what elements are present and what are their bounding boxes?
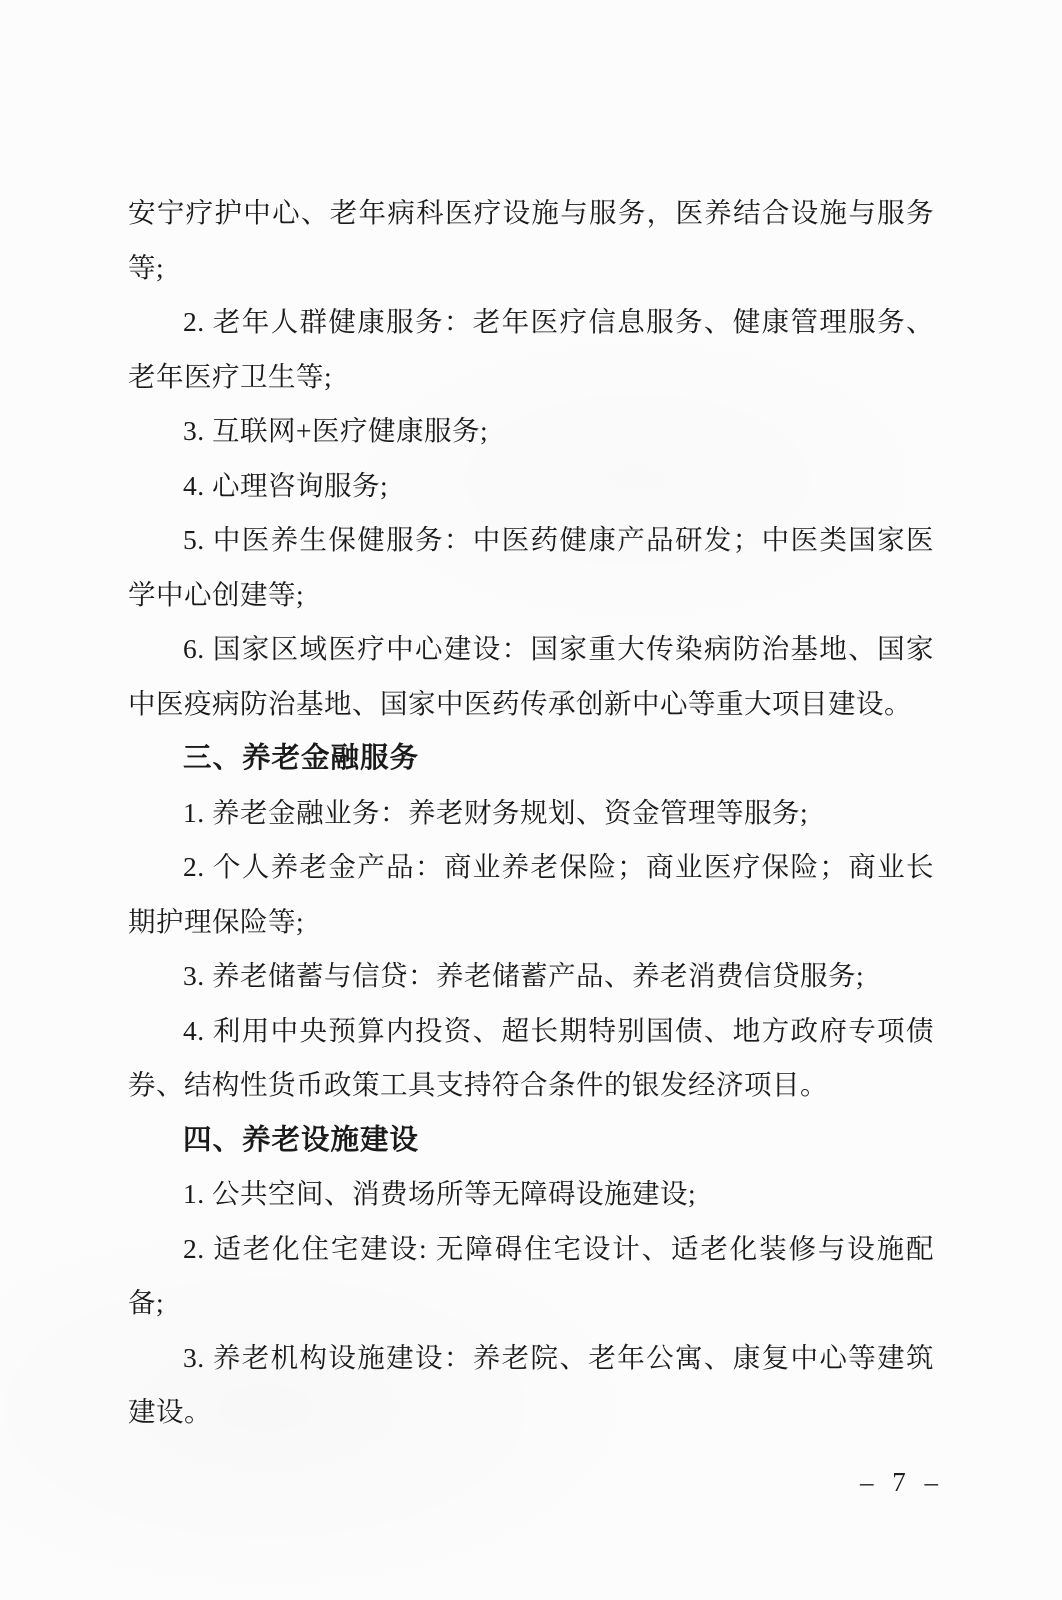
section-heading-facilities: 四、养老设施建设	[128, 1113, 934, 1168]
list-item: 1. 养老金融业务：养老财务规划、资金管理等服务;	[128, 786, 934, 841]
list-item: 2. 个人养老金产品：商业养老保险；商业医疗保险；商业长期护理保险等;	[128, 840, 934, 949]
document-content: 安宁疗护中心、老年病科医疗设施与服务，医养结合设施与服务等; 2. 老年人群健康…	[128, 186, 934, 1440]
list-item: 6. 国家区域医疗中心建设：国家重大传染病防治基地、国家中医疫病防治基地、国家中…	[128, 622, 934, 731]
page-footer: – 7 –	[860, 1467, 944, 1498]
list-item: 3. 养老储蓄与信贷：养老储蓄产品、养老消费信贷服务;	[128, 949, 934, 1004]
list-item: 5. 中医养生保健服务：中医药健康产品研发；中医类国家医学中心创建等;	[128, 513, 934, 622]
document-page: 安宁疗护中心、老年病科医疗设施与服务，医养结合设施与服务等; 2. 老年人群健康…	[0, 0, 1062, 1600]
list-item: 4. 心理咨询服务;	[128, 459, 934, 514]
list-item: 1. 公共空间、消费场所等无障碍设施建设;	[128, 1167, 934, 1222]
list-item: 4. 利用中央预算内投资、超长期特别国债、地方政府专项债券、结构性货币政策工具支…	[128, 1004, 934, 1113]
page-number: – 7 –	[860, 1467, 944, 1497]
list-item: 2. 老年人群健康服务：老年医疗信息服务、健康管理服务、老年医疗卫生等;	[128, 295, 934, 404]
list-item: 2. 适老化住宅建设: 无障碍住宅设计、适老化装修与设施配备;	[128, 1222, 934, 1331]
list-item: 3. 养老机构设施建设：养老院、老年公寓、康复中心等建筑建设。	[128, 1331, 934, 1440]
list-item: 3. 互联网+医疗健康服务;	[128, 404, 934, 459]
section-heading-finance: 三、养老金融服务	[128, 731, 934, 786]
paragraph-continuation: 安宁疗护中心、老年病科医疗设施与服务，医养结合设施与服务等;	[128, 186, 934, 295]
